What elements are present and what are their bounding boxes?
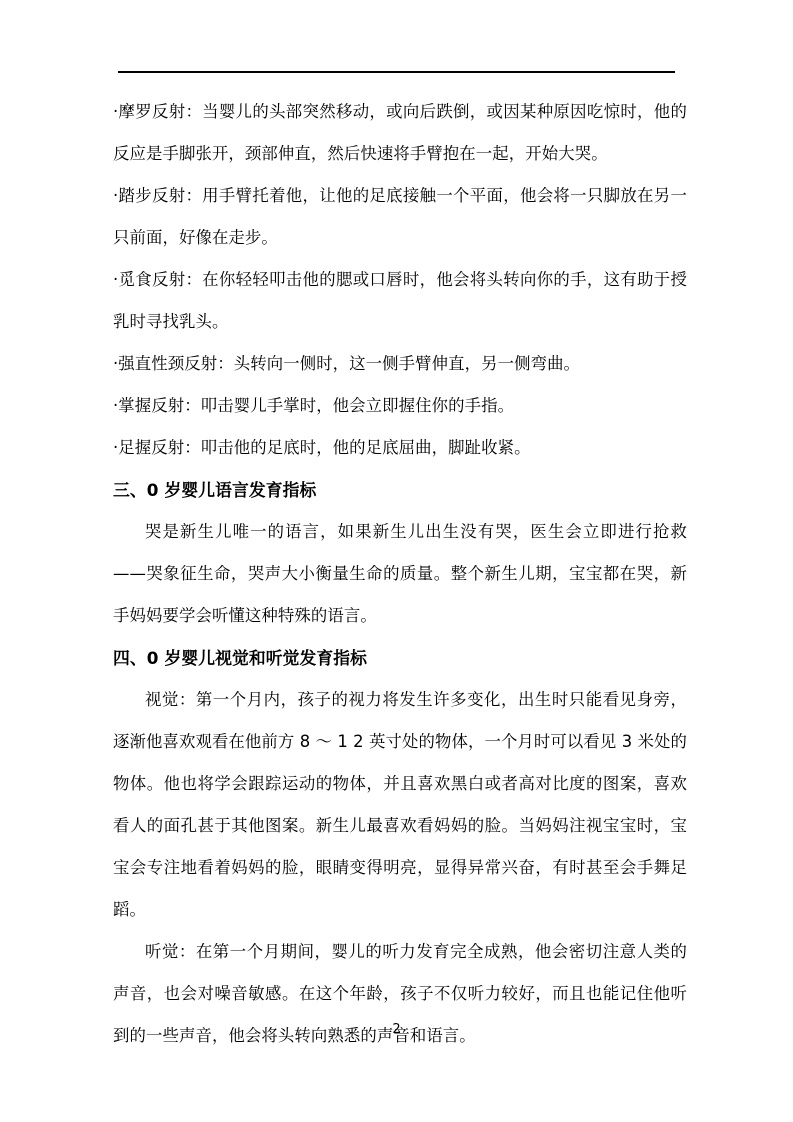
paragraph-tonic-neck-reflex: ·强直性颈反射：头转向一侧时，这一侧手臂伸直，另一侧弯曲。 (113, 343, 687, 385)
paragraph-plantar-grasp-reflex: ·足握反射：叩击他的足底时，他的足底屈曲，脚趾收紧。 (113, 427, 687, 469)
document-page: ·摩罗反射：当婴儿的头部突然移动，或向后跌倒，或因某种原因吃惊时，他的反应是手脚… (0, 0, 793, 1122)
paragraph-moro-reflex: ·摩罗反射：当婴儿的头部突然移动，或向后跌倒，或因某种原因吃惊时，他的反应是手脚… (113, 91, 687, 175)
paragraph-hearing: 听觉：在第一个月期间，婴儿的听力发育完全成熟，他会密切注意人类的声音，也会对噪音… (113, 931, 687, 1057)
paragraph-stepping-reflex: ·踏步反射：用手臂托着他，让他的足底接触一个平面，他会将一只脚放在另一只前面，好… (113, 175, 687, 259)
document-body: ·摩罗反射：当婴儿的头部突然移动，或向后跌倒，或因某种原因吃惊时，他的反应是手脚… (113, 91, 687, 1057)
paragraph-palmar-grasp-reflex: ·掌握反射：叩击婴儿手掌时，他会立即握住你的手指。 (113, 385, 687, 427)
header-divider (118, 71, 675, 73)
paragraph-crying-language: 哭是新生儿唯一的语言，如果新生儿出生没有哭，医生会立即进行抢救——哭象征生命，哭… (113, 511, 687, 637)
paragraph-rooting-reflex: ·觅食反射：在你轻轻叩击他的腮或口唇时，他会将头转向你的手，这有助于授乳时寻找乳… (113, 259, 687, 343)
heading-language-development: 三、0 岁婴儿语言发育指标 (113, 469, 687, 511)
page-number: 2 (392, 1022, 400, 1037)
page-footer: 2 (0, 1022, 793, 1038)
paragraph-vision: 视觉：第一个月内，孩子的视力将发生许多变化，出生时只能看见身旁，逐渐他喜欢观看在… (113, 679, 687, 931)
heading-vision-hearing-development: 四、0 岁婴儿视觉和听觉发育指标 (113, 637, 687, 679)
